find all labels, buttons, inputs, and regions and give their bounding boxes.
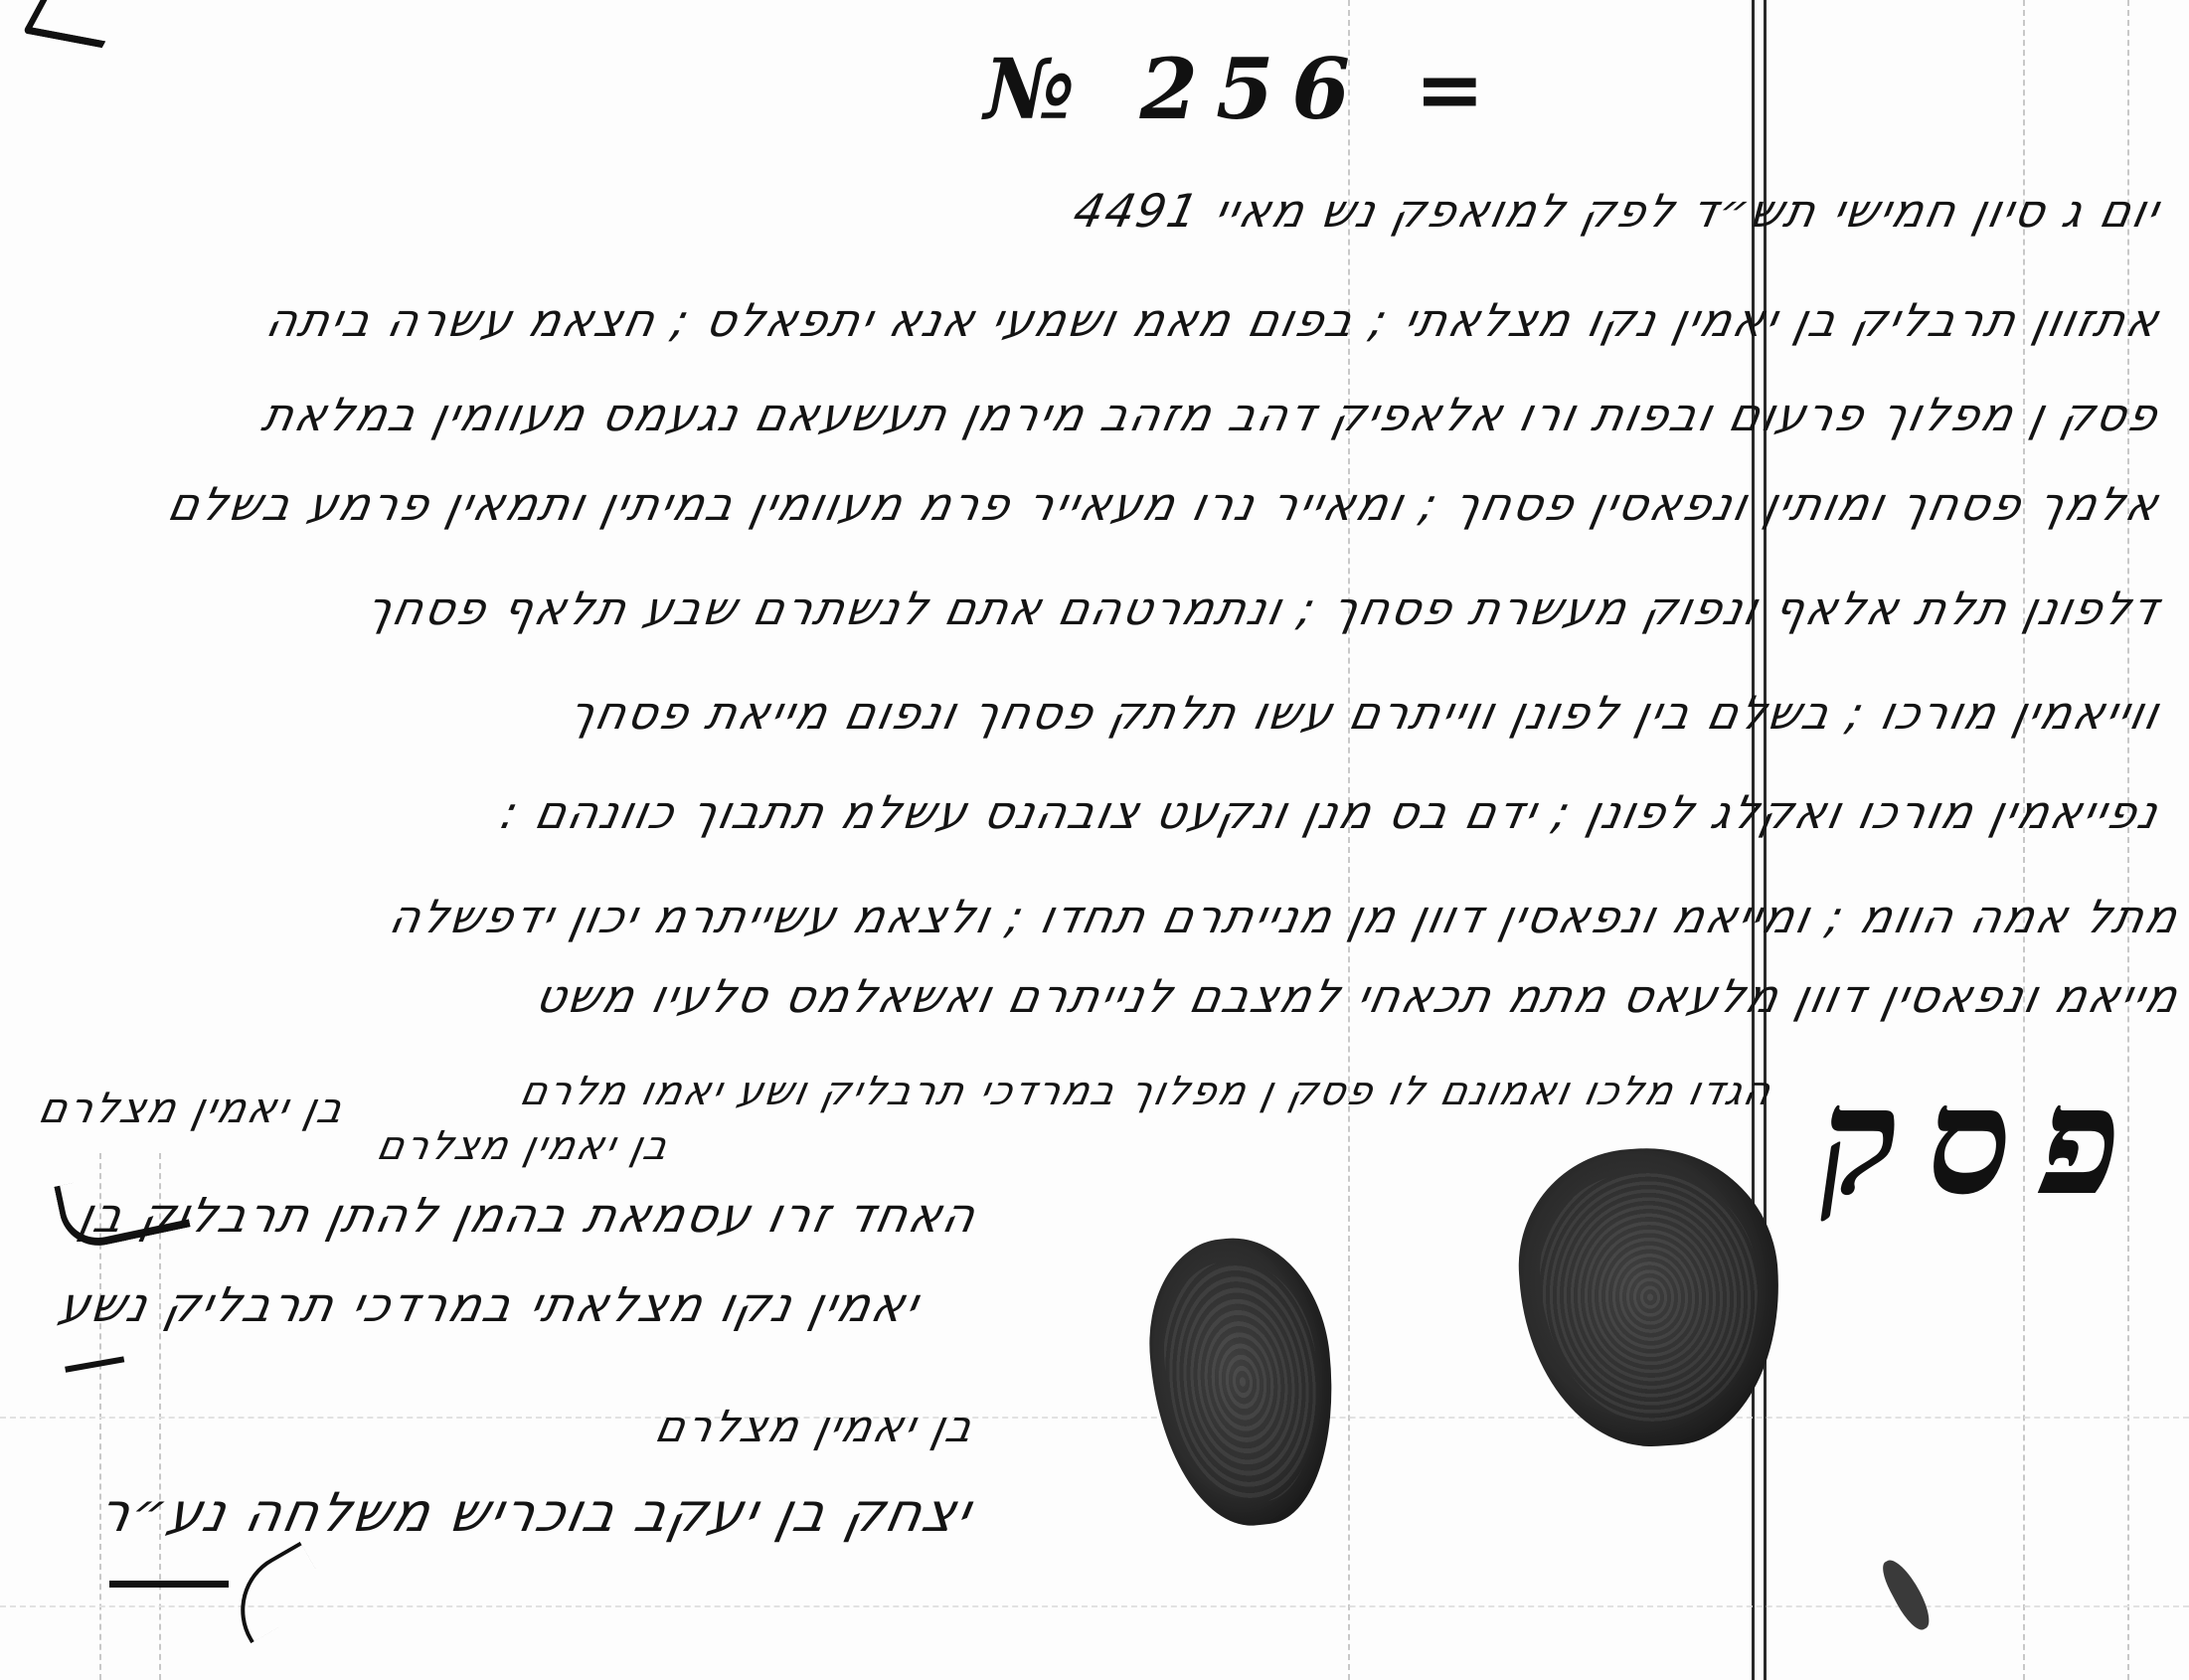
body-line-3: אלמך פסחך ומותין ונפאסין פסחך ; ומאייר נ… bbox=[163, 477, 2164, 531]
body-line-8: מייאמ ונפאסין דוון מלעאס מתמ תכאחי למצבם… bbox=[531, 969, 2184, 1023]
rule-line-vertical-solid bbox=[1764, 0, 1767, 1680]
body-line-2: פסק ן מפלוך פרעום ובפות ורו אלאפיק דהב מ… bbox=[258, 388, 2165, 441]
signature-left-margin: בן יאמין מצלרם bbox=[35, 1084, 350, 1132]
rule-line-vertical bbox=[2127, 0, 2129, 1680]
closing-mark-pesak: פסק bbox=[1807, 1054, 2161, 1229]
signature-statement-1: האחד זרו עסמאת בהמן להתן תרבליק בן bbox=[74, 1188, 982, 1244]
rule-line-vertical bbox=[1348, 0, 1350, 1680]
body-line-4: דלפונן תלת אלאף ונפוק מעשרת פסחך ; ונתמר… bbox=[361, 582, 2165, 635]
signature-statement-2: יאמין נקו מצלאתי במרדכי תרבליק נשע bbox=[54, 1277, 925, 1333]
closing-line: הגדו מלכו ואמונם לו פסק ן מפלוך במרדכי ת… bbox=[516, 1069, 1776, 1114]
body-line-1: אתזוון תרבליק בן יאמין נקו מצלאתי ; בפום… bbox=[261, 293, 2165, 347]
document-number: № 256 = bbox=[984, 40, 1503, 138]
thumbprint-right bbox=[1511, 1139, 1789, 1454]
body-line-6: נפייאמין מורכו ואקלג לפונן ; ידם בס מנן … bbox=[497, 785, 2165, 839]
rule-line-horizontal bbox=[0, 1417, 2189, 1419]
thumbprint-left bbox=[1138, 1229, 1346, 1534]
signature-flourish bbox=[219, 1542, 331, 1643]
rule-line-horizontal bbox=[0, 1605, 2189, 1607]
scanned-document-page: № 256 = יום ג סיון חמישי תש״ד לפק למואפק… bbox=[0, 0, 2189, 1680]
signature-underline bbox=[109, 1581, 229, 1596]
body-line-7: מתל אמה הוומ ; ומייאמ ונפאסין דוון מן מנ… bbox=[386, 890, 2185, 943]
rule-line-vertical-solid bbox=[1752, 0, 1755, 1680]
ink-blot bbox=[1877, 1554, 1936, 1634]
date-line: יום ג סיון חמישי תש״ד לפק למואפק נש מאיי… bbox=[1069, 184, 2165, 238]
corner-pen-mark bbox=[23, 0, 124, 48]
signature-scribe: יצחק בן יעקב בוכריש משלחה נע״ר bbox=[92, 1481, 977, 1544]
signature-witness-note: בן יאמין מצלרם bbox=[373, 1123, 674, 1169]
signature-witness: בן יאמין מצלרם bbox=[651, 1402, 979, 1452]
signature-flourish bbox=[55, 1297, 125, 1372]
rule-line-vertical bbox=[2023, 0, 2025, 1680]
body-line-5: ווייאמין מורכו ; בשלם בין לפונן ווייתרם … bbox=[564, 686, 2165, 740]
